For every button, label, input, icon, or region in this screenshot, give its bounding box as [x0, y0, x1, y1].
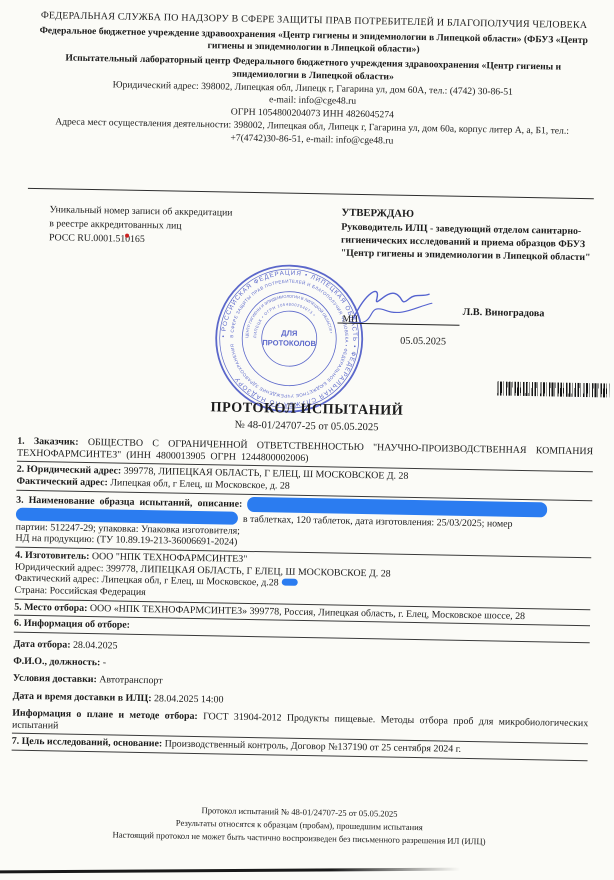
approval-date: 05.05.2025 — [400, 336, 446, 348]
header-divider — [28, 188, 594, 199]
redaction-mark-small — [282, 579, 298, 586]
sampling-place-label: 5. Место отбора: — [14, 601, 87, 613]
letterhead: ФЕДЕРАЛЬНАЯ СЛУЖБА ПО НАДЗОРУ В СФЕРЕ ЗА… — [31, 9, 595, 152]
sampling-date-label: Дата отбора: — [13, 638, 70, 650]
delivery-conditions-value: Автотранспорт — [99, 675, 163, 687]
mp-mark: МП — [342, 314, 358, 325]
approval-text: Руководитель ИЛЦ - заведующий отделом са… — [341, 221, 600, 265]
delivery-datetime-label: Дата и время доставки в ИЛЦ: — [13, 690, 152, 704]
document-title-block: ПРОТОКОЛ ИСПЫТАНИЙ № 48-01/24707-25 от 0… — [0, 395, 614, 437]
page-footer: Протокол испытаний № 48-01/24707-25 от 0… — [0, 800, 607, 850]
barcode — [497, 381, 609, 397]
stamp-center-line2: ПРОТОКОЛОВ — [262, 338, 316, 348]
accreditation-block: Уникальный номер записи об аккредитации … — [49, 203, 285, 249]
legal-address-label: 2. Юридический адрес: — [17, 464, 122, 477]
stamp-center-line1: ДЛЯ — [281, 329, 297, 338]
section-customer-value: ОБЩЕСТВО С ОГРАНИЧЕННОЙ ОТВЕТСТВЕННОСТЬЮ… — [17, 437, 593, 464]
sampling-info-label: 6. Информация об отборе: — [14, 618, 130, 631]
protocol-scan-page: ФЕДЕРАЛЬНАЯ СЛУЖБА ПО НАДЗОРУ В СФЕРЕ ЗА… — [0, 0, 614, 880]
protocol-body: 1. Заказчик: ОБЩЕСТВО С ОГРАНИЧЕННОЙ ОТВ… — [12, 436, 594, 764]
section-customer-label: 1. Заказчик: — [17, 436, 79, 448]
delivery-datetime-value: 28.04.2025 14:00 — [154, 693, 224, 705]
manufacturer-label: 4. Изготовитель: — [15, 550, 89, 562]
accreditation-number: РОСС RU.0001.510165 — [49, 231, 284, 249]
approval-block: УТВЕРЖДАЮ Руководитель ИЛЦ - заведующий … — [341, 207, 600, 265]
signer-name: Л.В. Виноградова — [463, 307, 545, 319]
sampler-name-label: Ф.И.О., должность: — [13, 656, 100, 669]
red-ink-speck — [125, 234, 129, 238]
actual-address-label: Фактический адрес: — [16, 476, 107, 489]
section-manufacturer: 4. Изготовитель: ООО "НПК ТЕХНОФАРМСИНТЕ… — [14, 550, 591, 610]
sampler-name-value: - — [103, 657, 106, 668]
sampling-date-value: 28.04.2025 — [73, 639, 118, 651]
section-sample: 3. Наименование образца испытаний, описа… — [15, 493, 592, 559]
actual-address-value: Липецкая обл, г Елец, ш Московское, д. 2… — [110, 478, 290, 492]
round-stamp: • РОССИЙСКАЯ ФЕДЕРАЦИЯ • ЛИПЕЦКАЯ ОБЛАСТ… — [211, 260, 368, 417]
delivery-conditions-label: Условия доставки: — [13, 673, 97, 686]
document-content: ФЕДЕРАЛЬНАЯ СЛУЖБА ПО НАДЗОРУ В СФЕРЕ ЗА… — [0, 0, 614, 880]
purpose-label: 7. Цель исследований, основание: — [12, 736, 163, 750]
